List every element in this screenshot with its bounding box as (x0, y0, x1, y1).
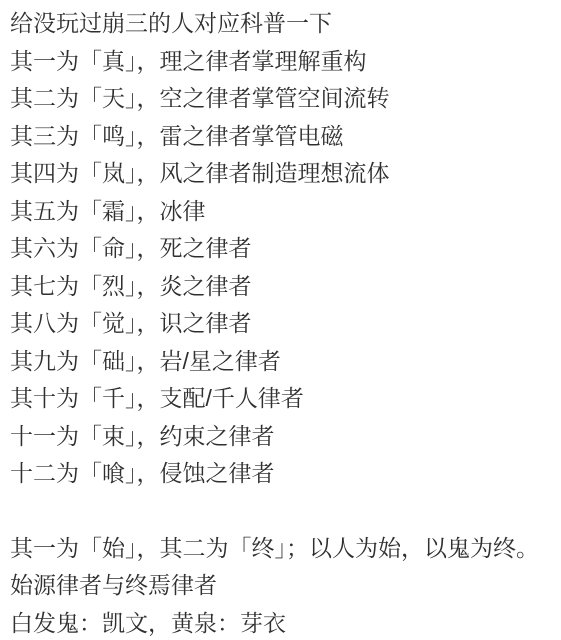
herrscher-line-7: 其七为「烈」，炎之律者 (10, 268, 555, 306)
intro-line: 给没玩过崩三的人对应科普一下 (10, 5, 555, 43)
herrscher-line-9: 其九为「础」，岩/星之律者 (10, 343, 555, 381)
herrscher-line-12: 十二为「喰」，侵蚀之律者 (10, 455, 555, 493)
herrscher-line-11: 十一为「束」，约束之律者 (10, 418, 555, 456)
herrscher-line-2: 其二为「天」，空之律者掌管空间流转 (10, 80, 555, 118)
paragraph-gap (10, 493, 555, 530)
herrscher-line-3: 其三为「鸣」，雷之律者掌管电磁 (10, 118, 555, 156)
closing-line-3: 白发鬼：凯文，黄泉：芽衣 (10, 605, 555, 640)
herrscher-line-8: 其八为「觉」，识之律者 (10, 305, 555, 343)
post-body: 给没玩过崩三的人对应科普一下 其一为「真」，理之律者掌理解重构 其二为「天」，空… (0, 0, 561, 640)
closing-line-2: 始源律者与终焉律者 (10, 567, 555, 605)
herrscher-line-5: 其五为「霜」，冰律 (10, 193, 555, 231)
closing-line-1: 其一为「始」，其二为「终」；以人为始，以鬼为终。 (10, 530, 555, 568)
herrscher-line-4: 其四为「岚」，风之律者制造理想流体 (10, 155, 555, 193)
herrscher-line-10: 其十为「千」，支配/千人律者 (10, 380, 555, 418)
herrscher-line-6: 其六为「命」，死之律者 (10, 230, 555, 268)
herrscher-line-1: 其一为「真」，理之律者掌理解重构 (10, 43, 555, 81)
